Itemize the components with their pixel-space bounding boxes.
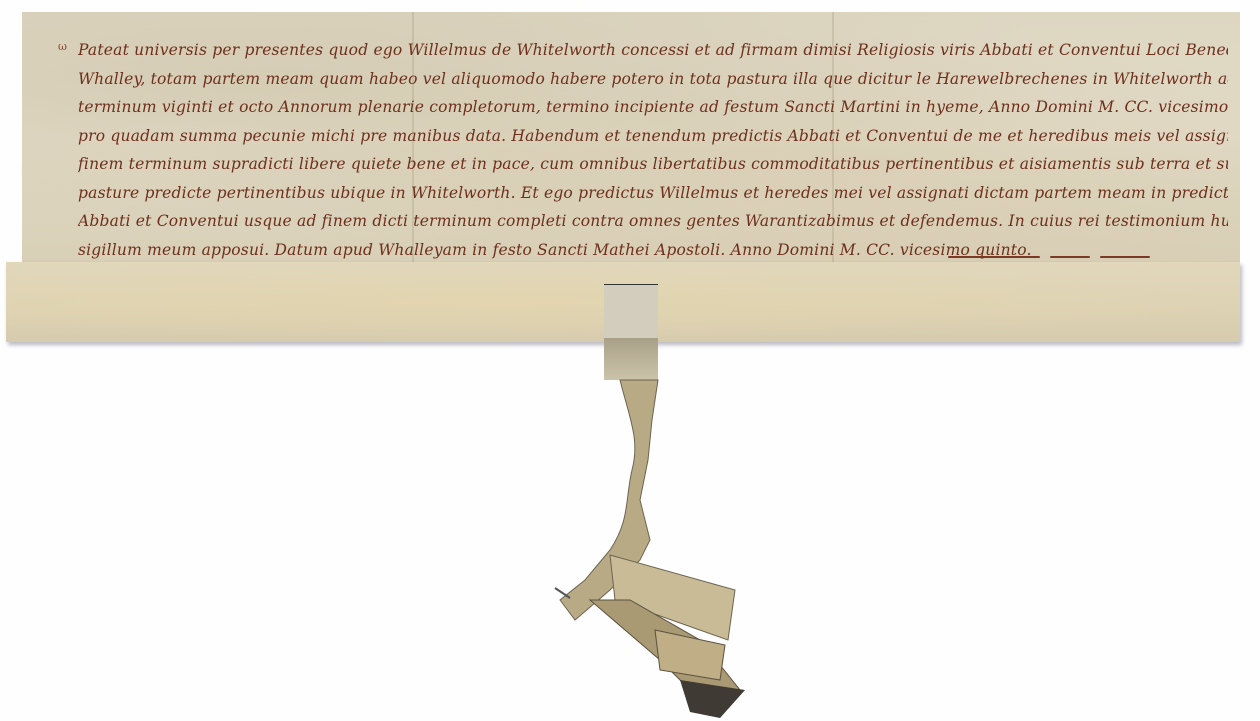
seal-tag-strip [0,0,1260,721]
